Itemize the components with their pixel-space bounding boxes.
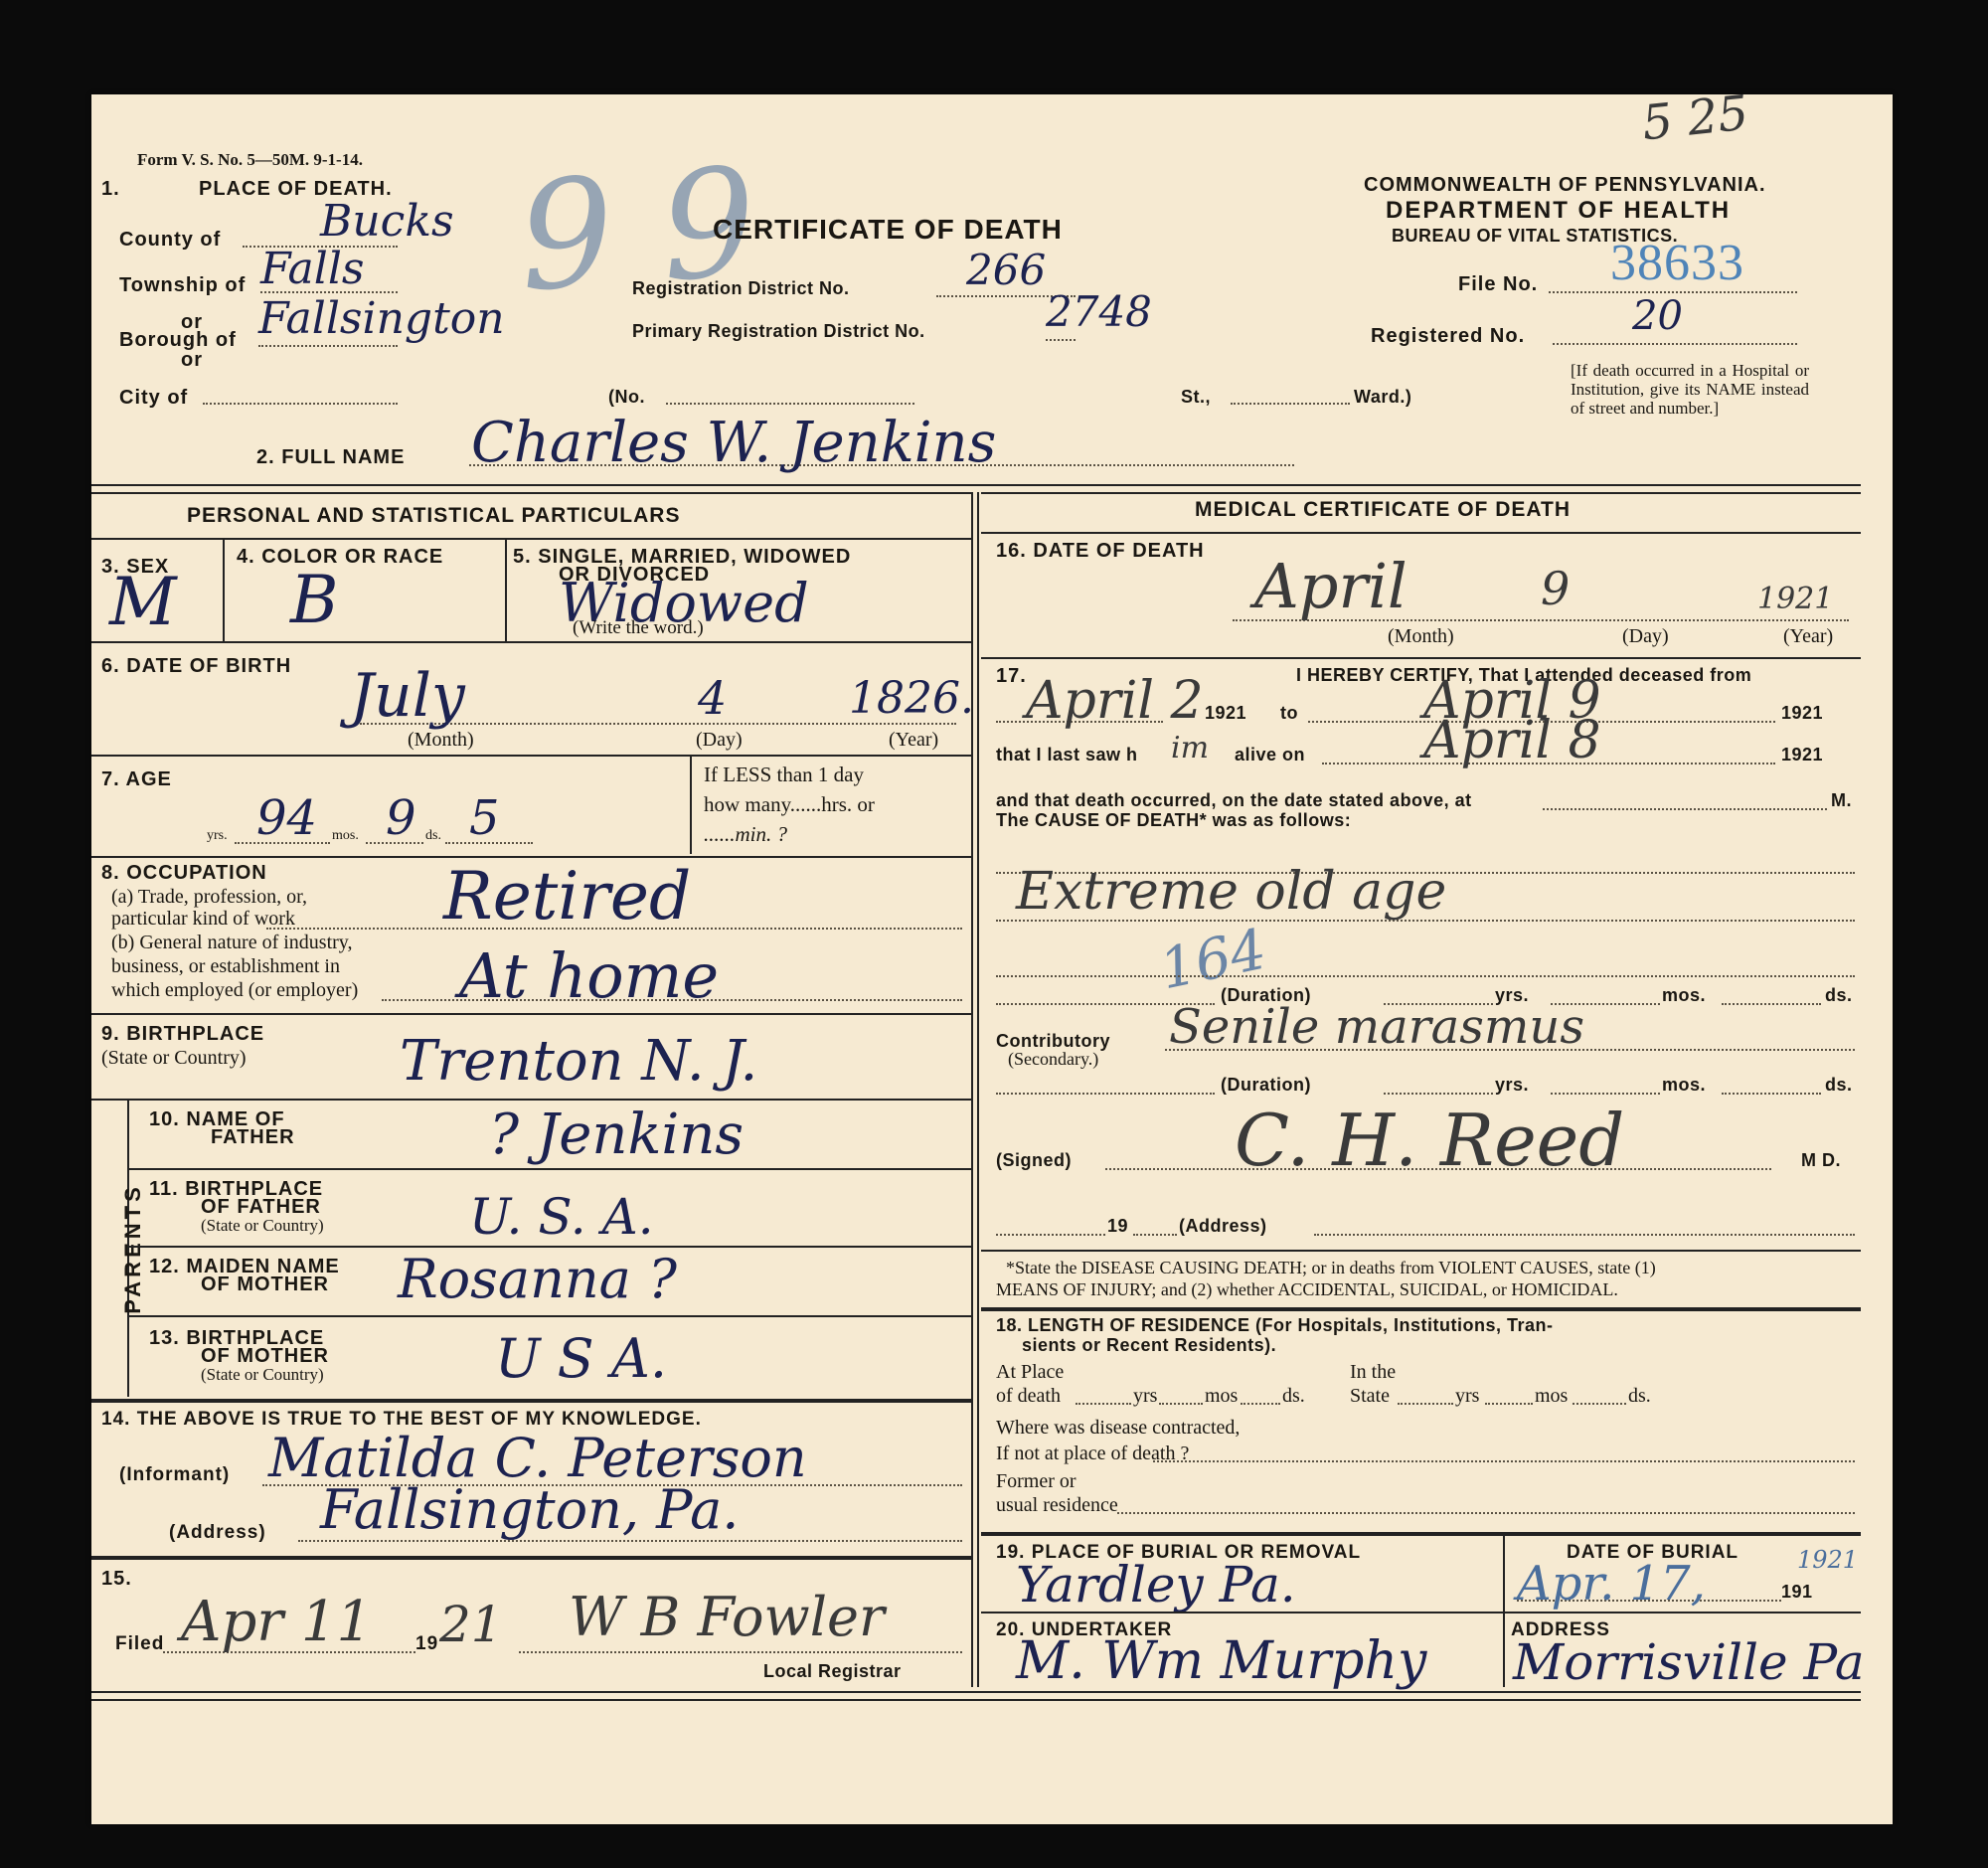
row-line	[981, 1532, 1861, 1536]
md-label: M D.	[1801, 1150, 1841, 1171]
medical-heading: MEDICAL CERTIFICATE OF DEATH	[1195, 498, 1571, 522]
secondary-label: (Secondary.)	[1008, 1049, 1098, 1070]
age-years[interactable]: 94	[256, 790, 317, 846]
father-birthplace-hint: (State or Country)	[201, 1216, 324, 1236]
age-mos-label: mos.	[332, 828, 359, 844]
in-state-yrs-line[interactable]	[1398, 1403, 1453, 1405]
physician-address-line[interactable]	[1314, 1234, 1855, 1236]
in-state-ds-line[interactable]	[1573, 1403, 1626, 1405]
contracted-line[interactable]	[1153, 1460, 1855, 1462]
residence-heading-1: 18. LENGTH OF RESIDENCE (For Hospitals, …	[996, 1315, 1554, 1336]
row-line	[91, 1013, 971, 1015]
burial-date-value[interactable]: Apr. 17,	[1517, 1556, 1706, 1612]
burial-year-annotation: 1921	[1797, 1546, 1858, 1574]
row-line	[91, 1099, 971, 1101]
in-state-label-1: In the	[1350, 1361, 1396, 1384]
dob-label: 6. DATE OF BIRTH	[101, 655, 291, 678]
filed-section-number: 15.	[101, 1568, 132, 1591]
borough-value[interactable]: Fallsington	[258, 293, 505, 344]
at-place-ds-line[interactable]	[1241, 1403, 1280, 1405]
at-place-yrs: yrs	[1133, 1385, 1157, 1408]
address-year-prefix: 19	[1107, 1216, 1128, 1237]
divider-line	[981, 492, 1861, 494]
cell-divider	[505, 538, 507, 641]
or-label-2: or	[181, 349, 203, 372]
contracted-label-1: Where was disease contracted,	[996, 1417, 1240, 1440]
registration-district-label: Registration District No.	[632, 278, 850, 299]
duration-yrs-label-2: yrs.	[1495, 1075, 1529, 1096]
less-than-day-3[interactable]: ......min. ?	[704, 822, 787, 847]
father-name-label-2: FATHER	[211, 1126, 295, 1149]
address-date-line[interactable]	[996, 1234, 1105, 1236]
in-state-label-2: State	[1350, 1385, 1390, 1408]
age-label: 7. AGE	[101, 768, 172, 791]
corner-number: 5 25	[1639, 85, 1750, 152]
registrar-label: Local Registrar	[763, 1661, 902, 1682]
signed-label: (Signed)	[996, 1150, 1072, 1171]
informant-label: (Informant)	[119, 1464, 230, 1486]
death-time-text: and that death occurred, on the date sta…	[996, 790, 1472, 811]
in-state-mos-line[interactable]	[1485, 1403, 1533, 1405]
father-birthplace-value[interactable]: U. S. A.	[469, 1188, 654, 1246]
registration-district-value[interactable]: 266	[966, 246, 1046, 294]
cause-intro: The CAUSE OF DEATH* was as follows:	[996, 810, 1351, 831]
row-line	[981, 1612, 1861, 1613]
agency-commonwealth: COMMONWEALTH OF PENNSYLVANIA.	[1364, 174, 1766, 197]
at-place-label-2: of death	[996, 1385, 1061, 1408]
ward-line[interactable]	[1231, 403, 1350, 405]
last-saw-label: that I last saw h	[996, 745, 1138, 765]
filed-label: Filed	[115, 1633, 164, 1655]
sex-value[interactable]: M	[109, 564, 177, 640]
bottom-line	[91, 1691, 1861, 1693]
registrar-signature[interactable]: W B Fowler	[569, 1586, 885, 1648]
agency-department: DEPARTMENT OF HEALTH	[1386, 197, 1731, 225]
column-divider	[971, 492, 973, 1687]
county-value[interactable]: Bucks	[320, 196, 454, 247]
street-number-label: (No.	[608, 387, 645, 408]
row-line	[981, 532, 1861, 534]
contributory-value[interactable]: Senile marasmus	[1169, 999, 1584, 1055]
dod-day-hint: (Day)	[1622, 625, 1669, 648]
birthplace-label: 9. BIRTHPLACE	[101, 1023, 264, 1046]
occupation-b-value[interactable]: At home	[459, 939, 719, 1012]
occupation-a-1: (a) Trade, profession, or,	[111, 886, 307, 909]
dod-month-hint: (Month)	[1388, 625, 1454, 648]
column-divider	[977, 492, 979, 1687]
row-line	[981, 1250, 1861, 1252]
less-than-day-2[interactable]: how many......hrs. or	[704, 792, 875, 817]
file-number-label: File No.	[1458, 273, 1538, 296]
at-place-yrs-line[interactable]	[1076, 1403, 1131, 1405]
birthplace-value[interactable]: Trenton N. J.	[400, 1029, 757, 1094]
row-line	[981, 1307, 1861, 1311]
in-state-ds: ds.	[1628, 1385, 1651, 1408]
death-time-line[interactable]	[1543, 808, 1827, 810]
primary-district-value[interactable]: 2748	[1046, 287, 1152, 336]
undertaker-value[interactable]: M. Wm Murphy	[1016, 1631, 1426, 1691]
duration-mos-label-2: mos.	[1662, 1075, 1706, 1096]
date-of-death-month[interactable]: April	[1254, 550, 1408, 622]
last-saw-year[interactable]: 1921	[1781, 745, 1823, 765]
dob-year[interactable]: 1826.	[849, 673, 974, 724]
birthplace-hint: (State or Country)	[101, 1047, 247, 1070]
duration-label-2: (Duration)	[1221, 1075, 1311, 1096]
duration-ds-line[interactable]	[1722, 1003, 1821, 1005]
divider-line	[91, 484, 1861, 486]
mother-maiden-label-2: OF MOTHER	[201, 1274, 329, 1296]
registered-number-value[interactable]: 20	[1632, 293, 1683, 339]
informant-address-label: (Address)	[169, 1522, 266, 1544]
dob-month[interactable]: July	[350, 661, 465, 731]
death-time-suffix: M.	[1831, 790, 1852, 811]
former-residence-label-1: Former or	[996, 1470, 1077, 1493]
filed-year[interactable]: 21	[439, 1596, 503, 1653]
at-place-ds: ds.	[1282, 1385, 1305, 1408]
certificate-title: CERTIFICATE OF DEATH	[713, 214, 1063, 246]
duration-line-2	[996, 1093, 1215, 1095]
occupation-b-2: business, or establishment in	[111, 955, 340, 978]
date-of-death-year[interactable]: 1921	[1757, 582, 1833, 616]
age-days[interactable]: 5	[469, 790, 500, 846]
full-name-label: 2. FULL NAME	[256, 446, 405, 469]
row-line	[91, 755, 971, 757]
former-residence-label-2: usual residence	[996, 1494, 1118, 1517]
date-of-death-label: 16. DATE OF DEATH	[996, 540, 1205, 563]
registered-number-line	[1553, 343, 1797, 345]
cause-of-death-value[interactable]: Extreme old age	[1016, 862, 1446, 922]
row-line	[127, 1315, 971, 1317]
duration-ds-label-2: ds.	[1825, 1075, 1853, 1096]
at-place-label-1: At Place	[996, 1361, 1064, 1384]
bottom-line	[91, 1699, 1861, 1701]
attended-from-date[interactable]: April 2	[1026, 671, 1204, 731]
mother-birthplace-value[interactable]: U S A.	[495, 1327, 667, 1390]
burial-place-value[interactable]: Yardley Pa.	[1016, 1556, 1296, 1613]
last-saw-date[interactable]: April 8	[1423, 711, 1601, 770]
date-of-death-day[interactable]: 9	[1541, 562, 1570, 615]
cell-divider	[223, 538, 225, 641]
ward-label: Ward.)	[1354, 387, 1411, 408]
filed-date[interactable]: Apr 11	[181, 1590, 372, 1654]
duration-mos-line-2[interactable]	[1551, 1093, 1660, 1095]
duration-yrs-line-2[interactable]	[1384, 1093, 1493, 1095]
full-name-value[interactable]: Charles W. Jenkins	[471, 411, 996, 475]
attended-to-year[interactable]: 1921	[1781, 703, 1823, 724]
city-line[interactable]	[203, 403, 398, 405]
address-year-line[interactable]	[1133, 1234, 1177, 1236]
at-place-mos-line[interactable]	[1159, 1403, 1203, 1405]
physician-signature[interactable]: C. H. Reed	[1235, 1099, 1624, 1182]
mother-maiden-value[interactable]: Rosanna ?	[398, 1248, 677, 1310]
age-months[interactable]: 9	[386, 790, 416, 846]
in-state-yrs: yrs	[1455, 1385, 1479, 1408]
row-line	[127, 1168, 971, 1170]
registrar-line	[519, 1651, 962, 1653]
borough-line	[258, 345, 398, 347]
undertaker-address-value[interactable]: Morrisville Pa	[1513, 1633, 1865, 1691]
row-line	[91, 1399, 971, 1403]
occupation-a-value[interactable]: Retired	[443, 858, 691, 934]
borough-label: Borough of	[119, 329, 237, 352]
dod-year-hint: (Year)	[1783, 625, 1833, 648]
cell-divider	[690, 755, 692, 854]
in-state-mos: mos	[1535, 1385, 1568, 1408]
footnote-line-1: *State the DISEASE CAUSING DEATH; or in …	[1006, 1258, 1656, 1278]
filed-year-prefix: 19	[415, 1633, 438, 1655]
burial-year-prefix: 191	[1781, 1582, 1813, 1603]
alive-on-label: alive on	[1235, 745, 1305, 765]
file-number-stamp: 38633	[1610, 234, 1744, 292]
age-ds-label: ds.	[425, 828, 441, 844]
to-label: to	[1280, 703, 1298, 724]
dob-day[interactable]: 4	[698, 671, 727, 725]
marital-hint: (Write the word.)	[573, 617, 704, 639]
footnote-line-2: MEANS OF INJURY; and (2) whether ACCIDEN…	[996, 1279, 1618, 1300]
informant-address-value[interactable]: Fallsington, Pa.	[320, 1478, 739, 1541]
certify-number: 17.	[996, 665, 1027, 688]
mother-birthplace-hint: (State or Country)	[201, 1365, 324, 1385]
cell-divider	[1503, 1532, 1505, 1687]
father-name-value[interactable]: ? Jenkins	[489, 1103, 744, 1167]
row-line	[91, 1556, 971, 1560]
township-label: Township of	[119, 274, 246, 297]
attended-from-year[interactable]: 1921	[1205, 703, 1246, 724]
at-place-mos: mos	[1205, 1385, 1238, 1408]
street-label: St.,	[1181, 387, 1211, 408]
form-number: Form V. S. No. 5—50M. 9-1-14.	[137, 150, 363, 170]
duration-ds-label: ds.	[1825, 985, 1853, 1006]
registered-number-label: Registered No.	[1371, 325, 1525, 348]
dob-month-hint: (Month)	[408, 729, 474, 752]
less-than-day-1: If LESS than 1 day	[704, 763, 864, 787]
race-value[interactable]: B	[290, 562, 339, 638]
section-1-number: 1.	[101, 178, 120, 201]
former-residence-line[interactable]	[1117, 1512, 1855, 1514]
primary-district-label: Primary Registration District No.	[632, 321, 925, 342]
row-line	[981, 657, 1861, 659]
occupation-label: 8. OCCUPATION	[101, 862, 267, 885]
occupation-b-3: which employed (or employer)	[111, 979, 358, 1002]
duration-mos-label: mos.	[1662, 985, 1706, 1006]
row-line	[91, 641, 971, 643]
street-line[interactable]	[666, 403, 914, 405]
county-label: County of	[119, 229, 221, 252]
hospital-note: [If death occurred in a Hospital or Inst…	[1571, 361, 1809, 418]
occupation-b-1: (b) General nature of industry,	[111, 932, 353, 954]
dob-year-hint: (Year)	[889, 729, 938, 752]
duration-ds-line-2[interactable]	[1722, 1093, 1821, 1095]
primary-district-line	[1046, 339, 1076, 341]
personal-heading: PERSONAL AND STATISTICAL PARTICULARS	[187, 504, 680, 528]
city-label: City of	[119, 387, 188, 410]
death-certificate: Form V. S. No. 5—50M. 9-1-14. 1. PLACE O…	[91, 94, 1893, 1824]
residence-heading-2: sients or Recent Residents).	[1022, 1335, 1276, 1356]
physician-address-label: (Address)	[1179, 1216, 1267, 1237]
race-label: 4. COLOR OR RACE	[237, 546, 443, 569]
divider-line	[91, 492, 971, 494]
township-value[interactable]: Falls	[260, 244, 365, 294]
last-saw-pronoun[interactable]: im	[1171, 731, 1209, 765]
parents-label: PARENTS	[120, 1183, 146, 1314]
cause-line-3	[996, 975, 1855, 977]
age-yrs-label: yrs.	[207, 828, 228, 844]
dob-day-hint: (Day)	[696, 729, 743, 752]
